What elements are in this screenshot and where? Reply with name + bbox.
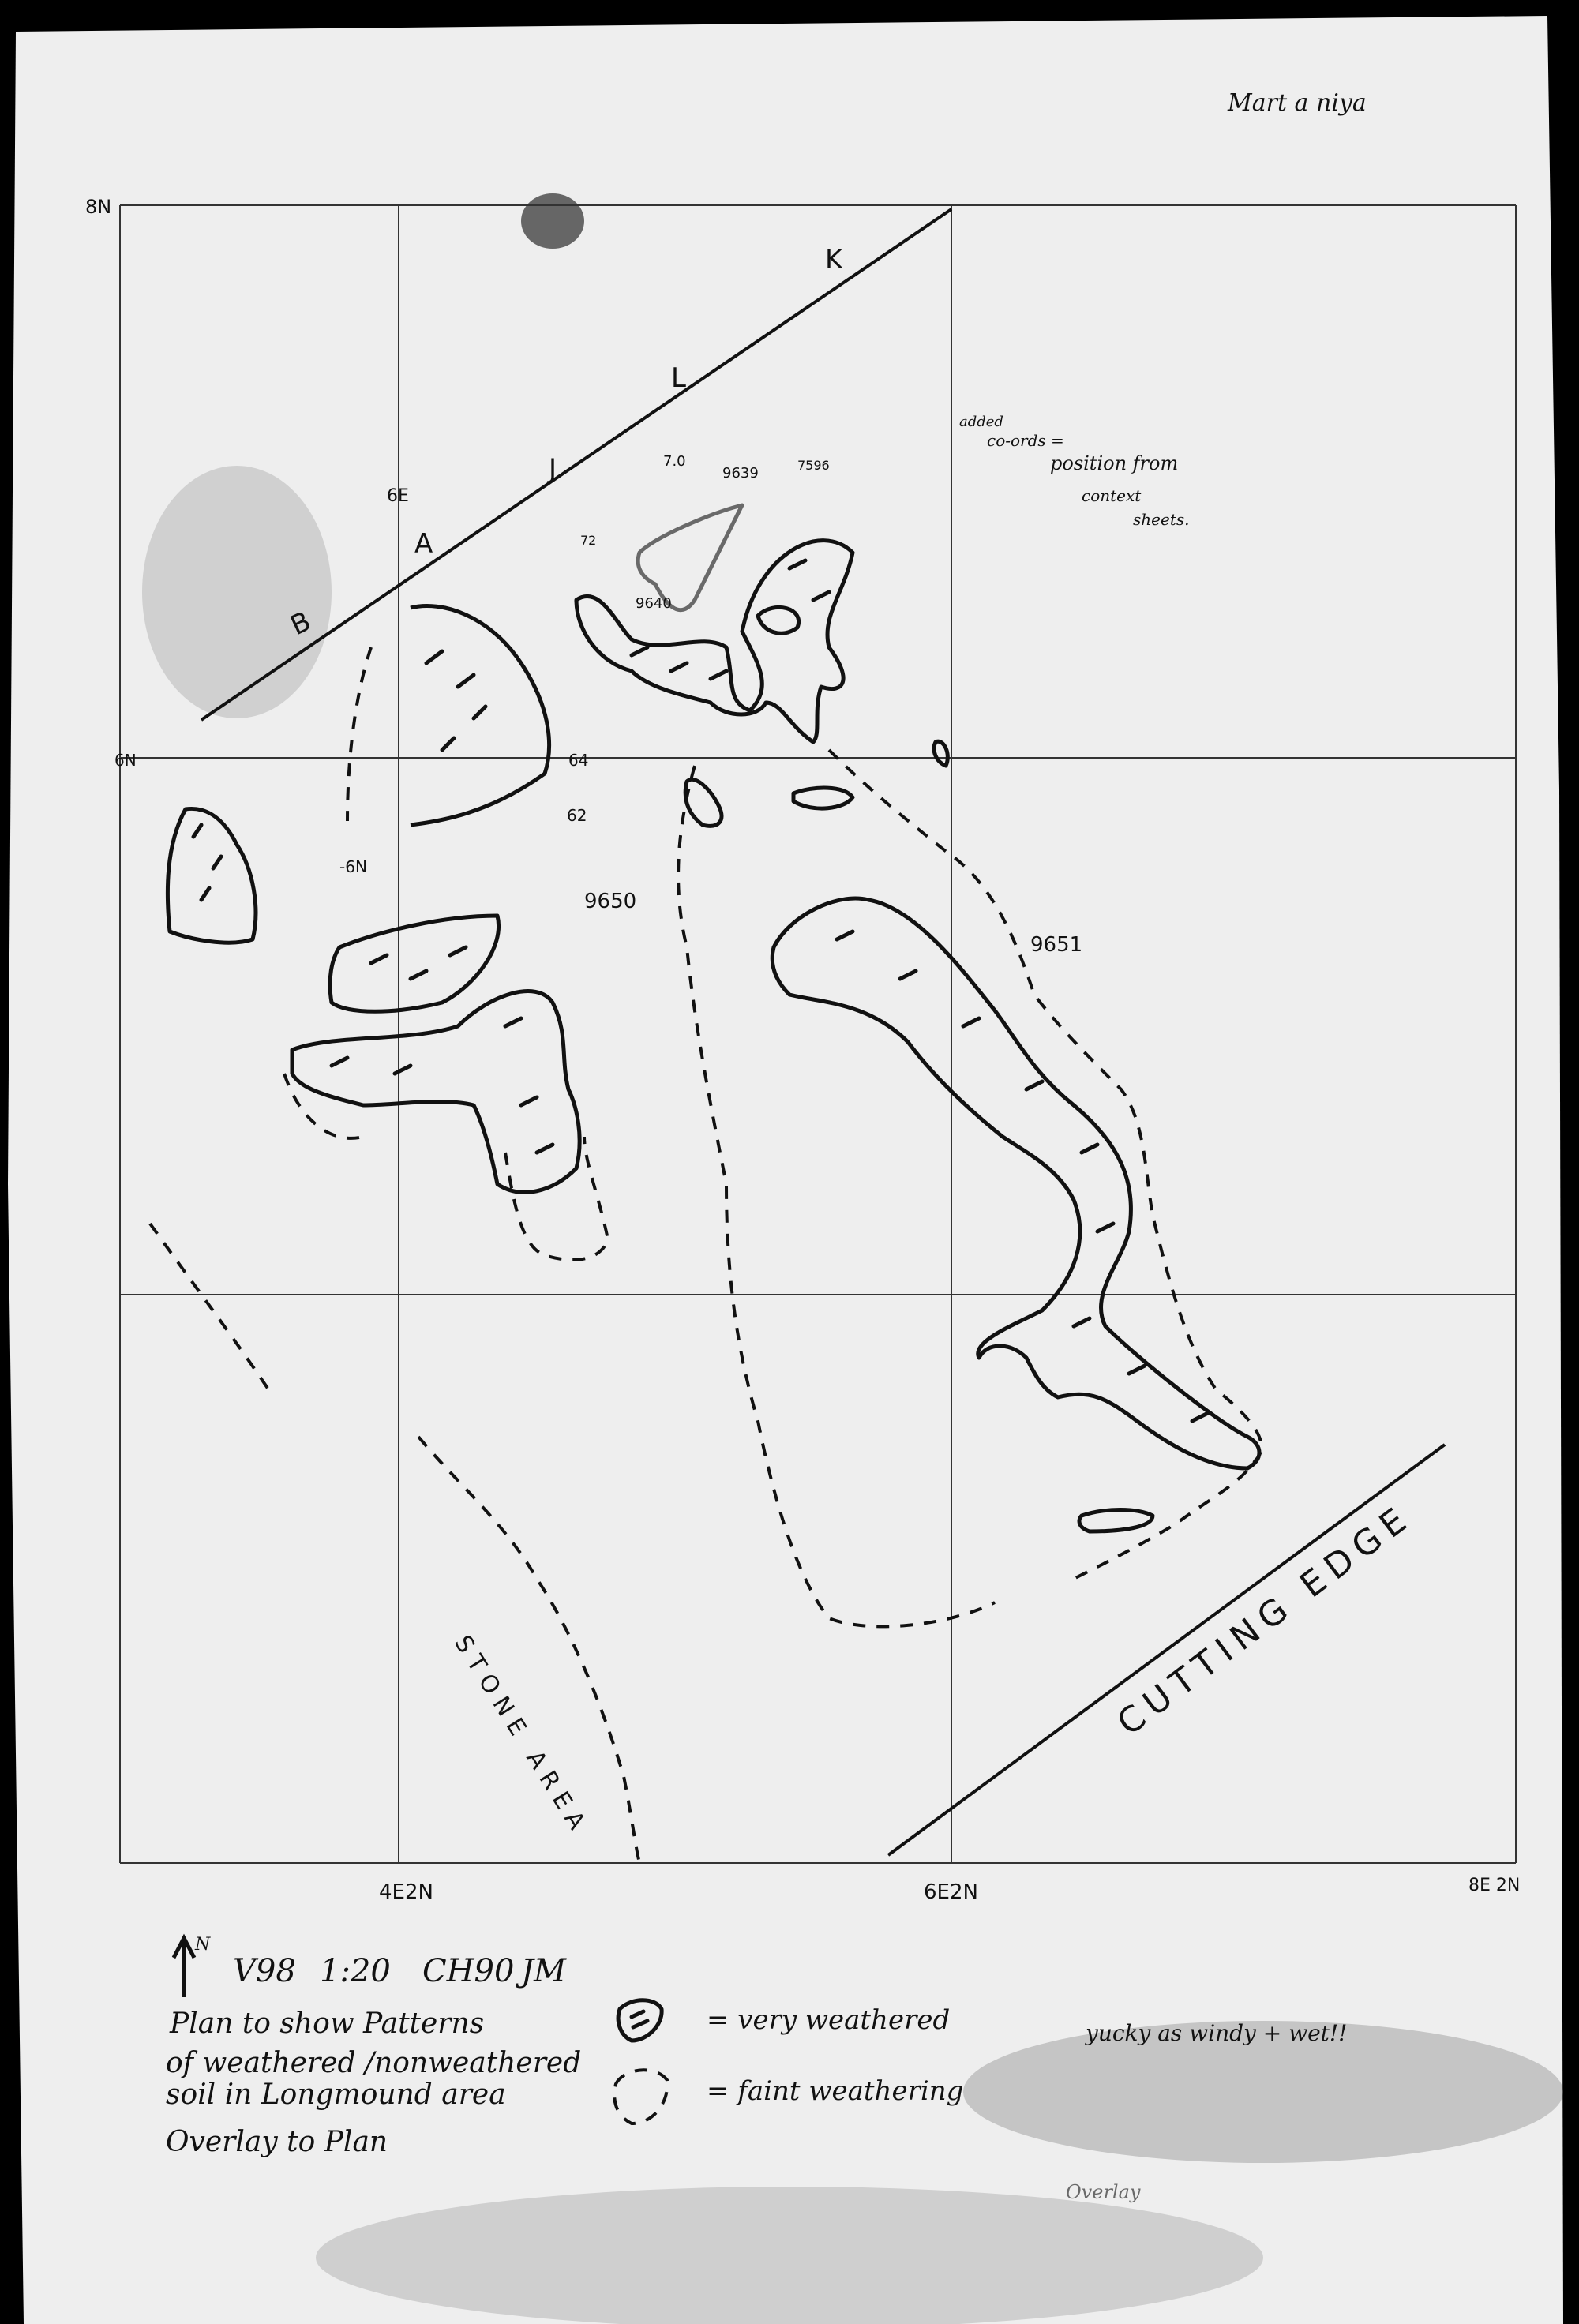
level-70: 7.0 bbox=[663, 453, 686, 470]
grid-label-4e2n: 4E2N bbox=[379, 1880, 433, 1904]
grid-label-6e2n: 6E2N bbox=[924, 1880, 978, 1904]
svg-text:position from: position from bbox=[1050, 452, 1178, 474]
grid-label-64: 64 bbox=[568, 751, 588, 770]
svg-text:sheets.: sheets. bbox=[1133, 510, 1189, 529]
section-letter-a: A bbox=[414, 528, 433, 560]
grid-label-8e2n: 8E 2N bbox=[1468, 1876, 1520, 1895]
weather-note: yucky as windy + wet!! bbox=[1084, 2020, 1347, 2046]
legend-faint-weathering-label: = faint weathering bbox=[707, 2075, 963, 2107]
svg-text:added: added bbox=[959, 414, 1003, 430]
section-letter-j: J bbox=[547, 453, 557, 485]
faint-overlay-text: Overlay bbox=[1066, 2181, 1141, 2203]
legend-very-weathered-label: = very weathered bbox=[707, 2004, 950, 2036]
site-code: V98 bbox=[233, 1953, 296, 1989]
feature-9639: 9639 bbox=[722, 465, 759, 482]
north-label: N bbox=[194, 1935, 211, 1955]
svg-text:Overlay to Plan: Overlay to Plan bbox=[166, 2126, 388, 2158]
feature-7596: 7596 bbox=[797, 458, 830, 473]
svg-text:of weathered /nonweathered: of weathered /nonweathered bbox=[166, 2047, 581, 2079]
svg-text:soil in Longmound area: soil in Longmound area bbox=[166, 2078, 506, 2111]
feature-9651: 9651 bbox=[1030, 933, 1082, 957]
level-72: 72 bbox=[580, 533, 596, 548]
plan-drawing-sheet: Mart a niya 8N 6N -6N 6E 64 62 4E2N 6E2N… bbox=[0, 0, 1579, 2324]
section-letter-k: K bbox=[825, 244, 844, 276]
grid-label-top: 6E bbox=[387, 486, 409, 506]
initials: JM bbox=[516, 1953, 567, 1989]
section-letter-l: L bbox=[671, 362, 686, 394]
grid-label-62: 62 bbox=[567, 806, 587, 825]
feature-9640: 9640 bbox=[636, 595, 672, 612]
svg-text:Plan to show Patterns: Plan to show Patterns bbox=[169, 2007, 484, 2040]
grid-label-6n: 6N bbox=[114, 751, 137, 770]
annotator-name: Mart a niya bbox=[1227, 89, 1367, 117]
grid-label-inner: -6N bbox=[339, 857, 367, 876]
scale: 1:20 bbox=[320, 1953, 391, 1989]
context-number: CH90 bbox=[422, 1953, 514, 1989]
grid-label-8n: 8N bbox=[85, 196, 111, 218]
svg-text:co-ords =: co-ords = bbox=[987, 431, 1064, 450]
ink-stain bbox=[521, 193, 584, 249]
svg-text:context: context bbox=[1082, 486, 1142, 505]
feature-9650: 9650 bbox=[584, 890, 636, 913]
